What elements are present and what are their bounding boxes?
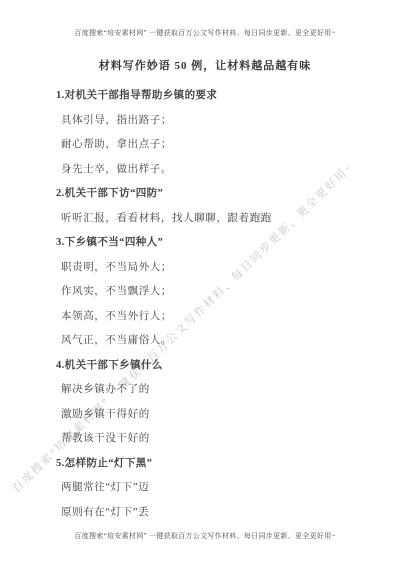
list-item-text: 风气正，不当庸俗人。 xyxy=(56,335,380,347)
header-promo-text: 百度搜索“培安素材网” 一键获取百万公文写作材料、每日同步更新、更全更好用~ xyxy=(0,28,410,38)
list-item-heading: 4.机关干部下乡镇什么 xyxy=(56,360,380,372)
list-item-heading: 2.机关干部下访“四防” xyxy=(56,188,380,200)
list-item-heading: 3.下乡镇不当“四种人” xyxy=(56,237,380,249)
list-item-text: 职责明，不当局外人； xyxy=(56,262,380,274)
list-item-text: 帮教该干没干好的 xyxy=(56,433,380,445)
list-item-text: 激励乡镇干得好的 xyxy=(56,409,380,421)
list-item-heading: 5.怎样防止“灯下黑” xyxy=(56,458,380,470)
footer-promo-text: 百度搜索“培安素材网” 一键获取百万公文写作材料、每日同步更新、更全更好用~ xyxy=(0,531,410,541)
document-page: 百度搜索“培安素材网” 一键获取百万公文写作材料、每日同步更新、更全更好用~ 百… xyxy=(0,0,410,580)
document-body: 1.对机关干部指导帮助乡镇的要求具体引导，指出路子；耐心帮助，拿出点子；身先士卒… xyxy=(56,90,380,531)
list-item-text: 具体引导，指出路子； xyxy=(56,115,380,127)
list-item-text: 身先士卒，做出样子。 xyxy=(56,164,380,176)
page-title: 材料写作妙语 50 例，让材料越品越有味 xyxy=(0,57,410,73)
list-item-text: 两腿常往“灯下”迈 xyxy=(56,482,380,494)
list-item-heading: 1.对机关干部指导帮助乡镇的要求 xyxy=(56,90,380,102)
list-item-text: 作风实，不当飘浮人； xyxy=(56,286,380,298)
list-item-text: 解决乡镇办不了的 xyxy=(56,384,380,396)
list-item-text: 本领高，不当外行人； xyxy=(56,311,380,323)
list-item-text: 听听汇报，看看材料，找人聊聊，跟着跑跑 xyxy=(56,213,380,225)
list-item-text: 耐心帮助，拿出点子； xyxy=(56,139,380,151)
list-item-text: 原则有在“灯下”丢 xyxy=(56,507,380,519)
